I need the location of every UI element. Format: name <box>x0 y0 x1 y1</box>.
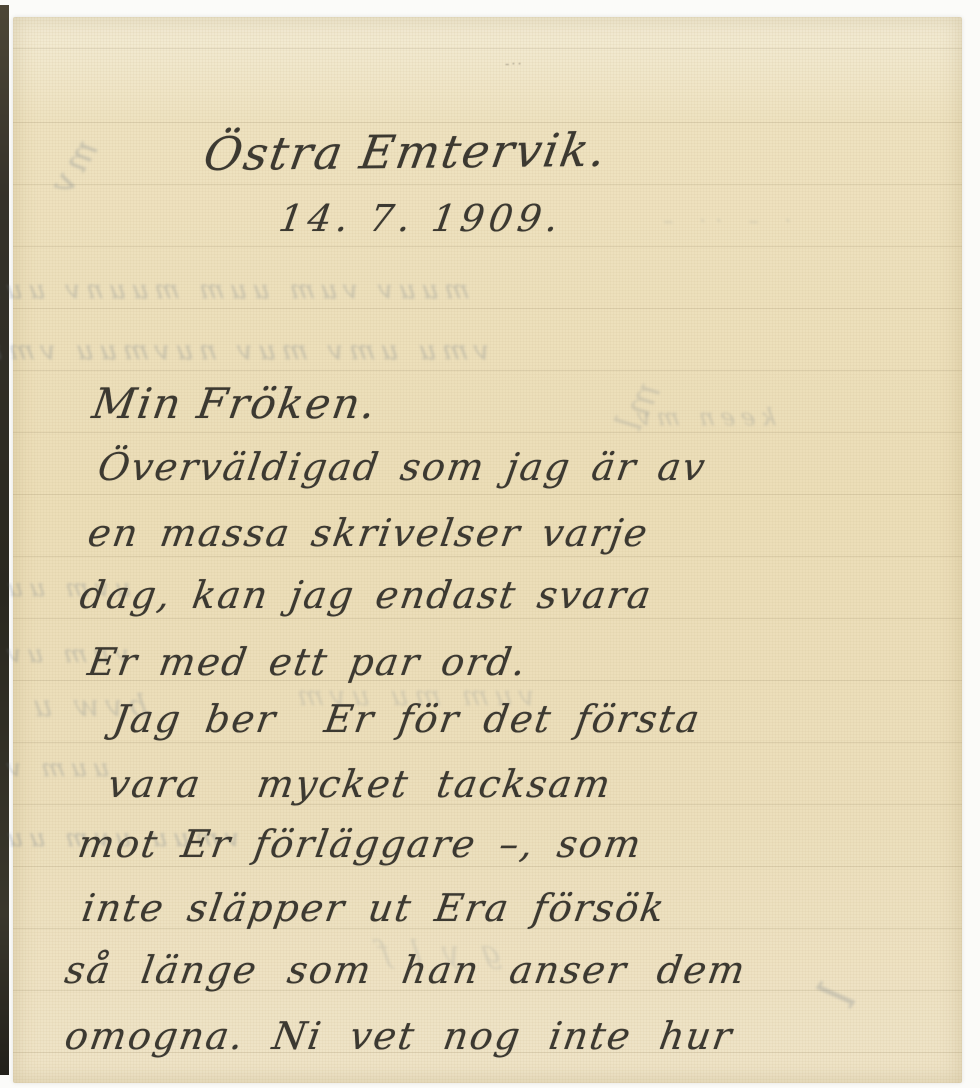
ink-bleedthrough-mark: muuv vum uum muunv uum <box>0 275 471 305</box>
letter-scan: muuv vum uum muunv uum vmu umv muv nuvmu… <box>0 0 980 1088</box>
letter-body-line: Er med ett par ord. <box>85 640 531 684</box>
letter-body-line: inte släpper ut Era försök <box>79 886 669 930</box>
letter-body-line: dag, kan jag endast svara <box>77 573 656 617</box>
letter-body-line: mot Er förläggare –, som <box>75 822 646 866</box>
letter-salutation: Min Fröken. <box>89 379 381 428</box>
paper-speck: -·· <box>505 57 524 72</box>
book-spine-edge <box>0 5 9 1075</box>
ink-bleedthrough-mark: uum v <box>0 753 111 782</box>
letter-date: 14. 7. 1909. <box>276 197 566 240</box>
ink-bleedthrough-mark: l <box>805 973 867 1026</box>
letter-body-line: så länge som han anser dem <box>62 948 750 992</box>
letter-page: muuv vum uum muunv uum vmu umv muv nuvmu… <box>13 17 962 1083</box>
ink-bleedthrough-mark: vmu umv muv nuvmuu vmuu <box>0 335 491 366</box>
ink-bleedthrough-mark: · – ·· – <box>651 209 793 233</box>
ink-bleedthrough-mark: keen mv <box>629 403 778 431</box>
letter-body-line: Jag ber Er för det första <box>110 697 704 741</box>
letter-body-line: omogna. Ni vet nog inte hur <box>62 1014 737 1058</box>
letter-body-line: en massa skrivelser varje <box>85 511 652 555</box>
letter-body-line: vara mycket tacksam <box>105 762 615 806</box>
letter-place: Östra Emtervik. <box>200 123 612 181</box>
letter-body-line: Överväldigad som jag är av <box>95 445 710 489</box>
ink-bleedthrough-mark: mv <box>39 131 107 206</box>
